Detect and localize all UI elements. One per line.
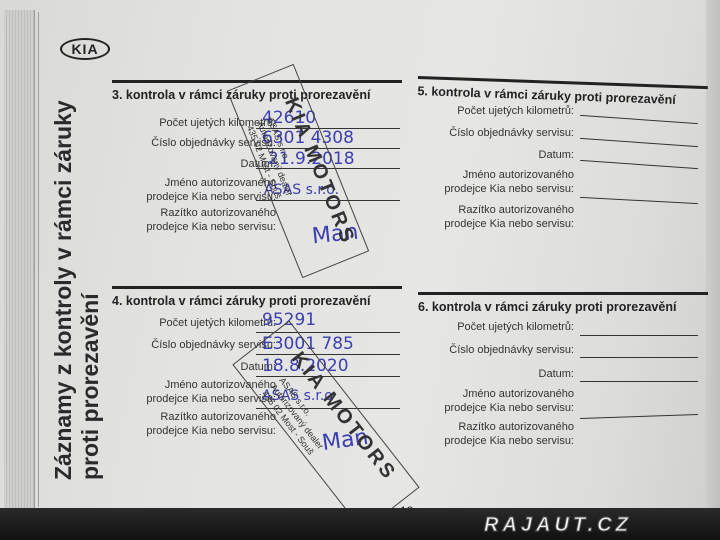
label-dealer-name: Jméno autorizovaného prodejce Kia nebo s… [110,176,276,204]
section-6: 6. kontrola v rámci záruky proti proreza… [418,292,708,314]
label-dealer-stamp: Razítko autorizovaného prodejce Kia nebo… [410,420,574,448]
kia-logo: KIA [60,38,110,60]
label-dealer-name: Jméno autorizovaného prodejce Kia nebo s… [410,168,574,196]
label-date: Datum: [410,148,574,162]
section-heading: 4. kontrola v rámci záruky proti proreza… [112,294,402,308]
section-4: 4. kontrola v rámci záruky proti proreza… [112,286,402,308]
label-dealer-name: Jméno autorizovaného prodejce Kia nebo s… [410,387,574,415]
label-km: Počet ujetých kilometrů: [410,104,574,118]
label-dealer-stamp: Razítko autorizovaného prodejce Kia nebo… [110,206,276,234]
watermark: RAJAUT.CZ [484,514,632,537]
page-edge-right [706,0,720,520]
label-km: Počet ujetých kilometrů: [110,316,276,330]
section-heading: 6. kontrola v rámci záruky proti proreza… [418,300,708,314]
label-order: Číslo objednávky servisu: [410,343,574,357]
label-dealer-stamp: Razítko autorizovaného prodejce Kia nebo… [110,410,276,438]
page-edges [4,10,35,508]
side-title: Záznamy z kontroly v rámci záruky proti … [50,100,104,480]
label-dealer-stamp: Razítko autorizovaného prodejce Kia nebo… [410,203,574,231]
booklet-page: KIA Záznamy z kontroly v rámci záruky pr… [0,0,720,520]
label-date: Datum: [110,157,276,171]
label-km: Počet ujetých kilometrů: [410,320,574,334]
label-order: Číslo objednávky servisu: [410,126,574,140]
margin-line [38,12,39,507]
label-date: Datum: [410,367,574,381]
